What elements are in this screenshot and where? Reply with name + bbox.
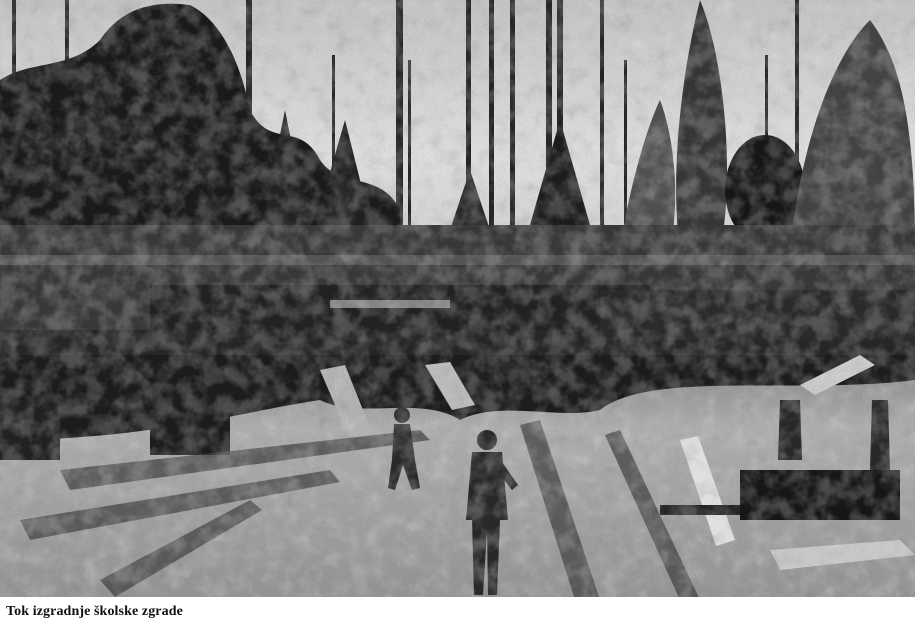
photo-scene <box>0 0 915 597</box>
photo-caption: Tok izgradnje školske zgrade <box>6 604 183 620</box>
news-photo <box>0 0 915 597</box>
